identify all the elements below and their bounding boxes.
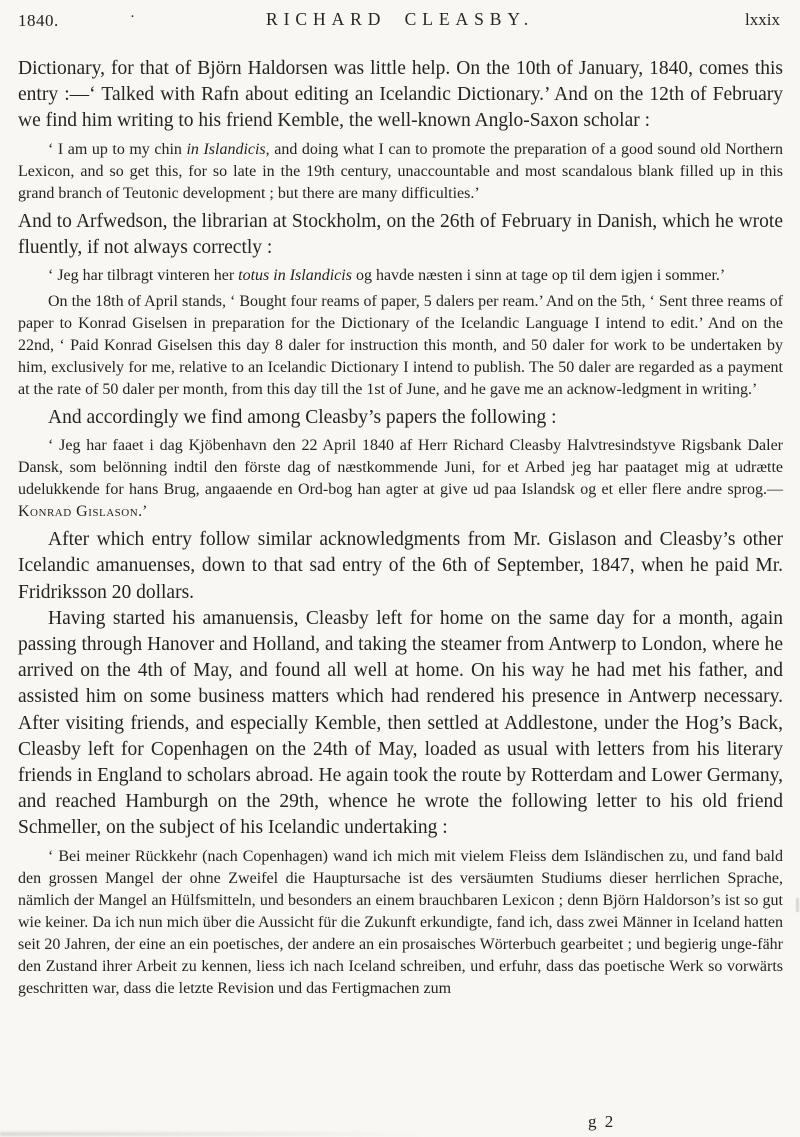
book-page: 1840. · RICHARD CLEASBY. lxxix Dictionar… [0, 0, 800, 1137]
scan-artifact-right-edge [796, 898, 799, 912]
page-number: lxxix [745, 10, 780, 30]
paragraph: ‘ I am up to my chin in Islandicis, and … [18, 139, 783, 205]
body-text: Dictionary, for that of Björn Haldorsen … [18, 58, 783, 131]
body-text: .’ [138, 503, 147, 520]
paragraph: And to Arfwedson, the librarian at Stock… [18, 209, 783, 261]
body-text: ‘ I am up to my chin [48, 141, 186, 158]
running-title: RICHARD CLEASBY. [18, 9, 782, 30]
page-header: 1840. · RICHARD CLEASBY. lxxix [18, 9, 782, 35]
italic-text: totus in Islandicis [238, 267, 352, 284]
body-text: ‘ Jeg har faaet i dag Kjöbenhavn den 22 … [18, 437, 783, 498]
body-text: ‘ Bei meiner Rückkehr (nach Copenhagen) … [18, 848, 783, 997]
paragraph: Having started his amanuensis, Cleasby l… [18, 606, 783, 842]
body-text: ‘ Jeg har tilbragt vinteren her [48, 267, 238, 284]
body-text: And to Arfwedson, the librarian at Stock… [18, 211, 783, 258]
body-text: And accordingly we find among Cleasby’s … [48, 407, 557, 428]
paragraph: ‘ Jeg har faaet i dag Kjöbenhavn den 22 … [18, 435, 783, 523]
smallcaps-name: Konrad Gislason [18, 503, 138, 520]
body-text: og havde næsten i sinn at tage op til de… [352, 267, 725, 284]
paragraph: And accordingly we find among Cleasby’s … [18, 405, 783, 431]
body-text: Having started his amanuensis, Cleasby l… [18, 608, 783, 839]
paragraph: On the 18th of April stands, ‘ Bought fo… [18, 291, 783, 401]
italic-text: in Islandicis [186, 141, 265, 158]
paragraph: Dictionary, for that of Björn Haldorsen … [18, 56, 783, 135]
signature-mark: g 2 [588, 1112, 615, 1132]
paragraph: ‘ Jeg har tilbragt vinteren her totus in… [18, 265, 783, 287]
paragraph: ‘ Bei meiner Rückkehr (nach Copenhagen) … [18, 846, 783, 1000]
body-text: On the 18th of April stands, ‘ Bought fo… [18, 293, 783, 398]
scan-artifact-bottom [0, 1132, 430, 1136]
paragraph: After which entry follow similar acknowl… [18, 527, 783, 606]
body-text: After which entry follow similar acknowl… [18, 529, 783, 602]
text-block: Dictionary, for that of Björn Haldorsen … [0, 35, 800, 1000]
